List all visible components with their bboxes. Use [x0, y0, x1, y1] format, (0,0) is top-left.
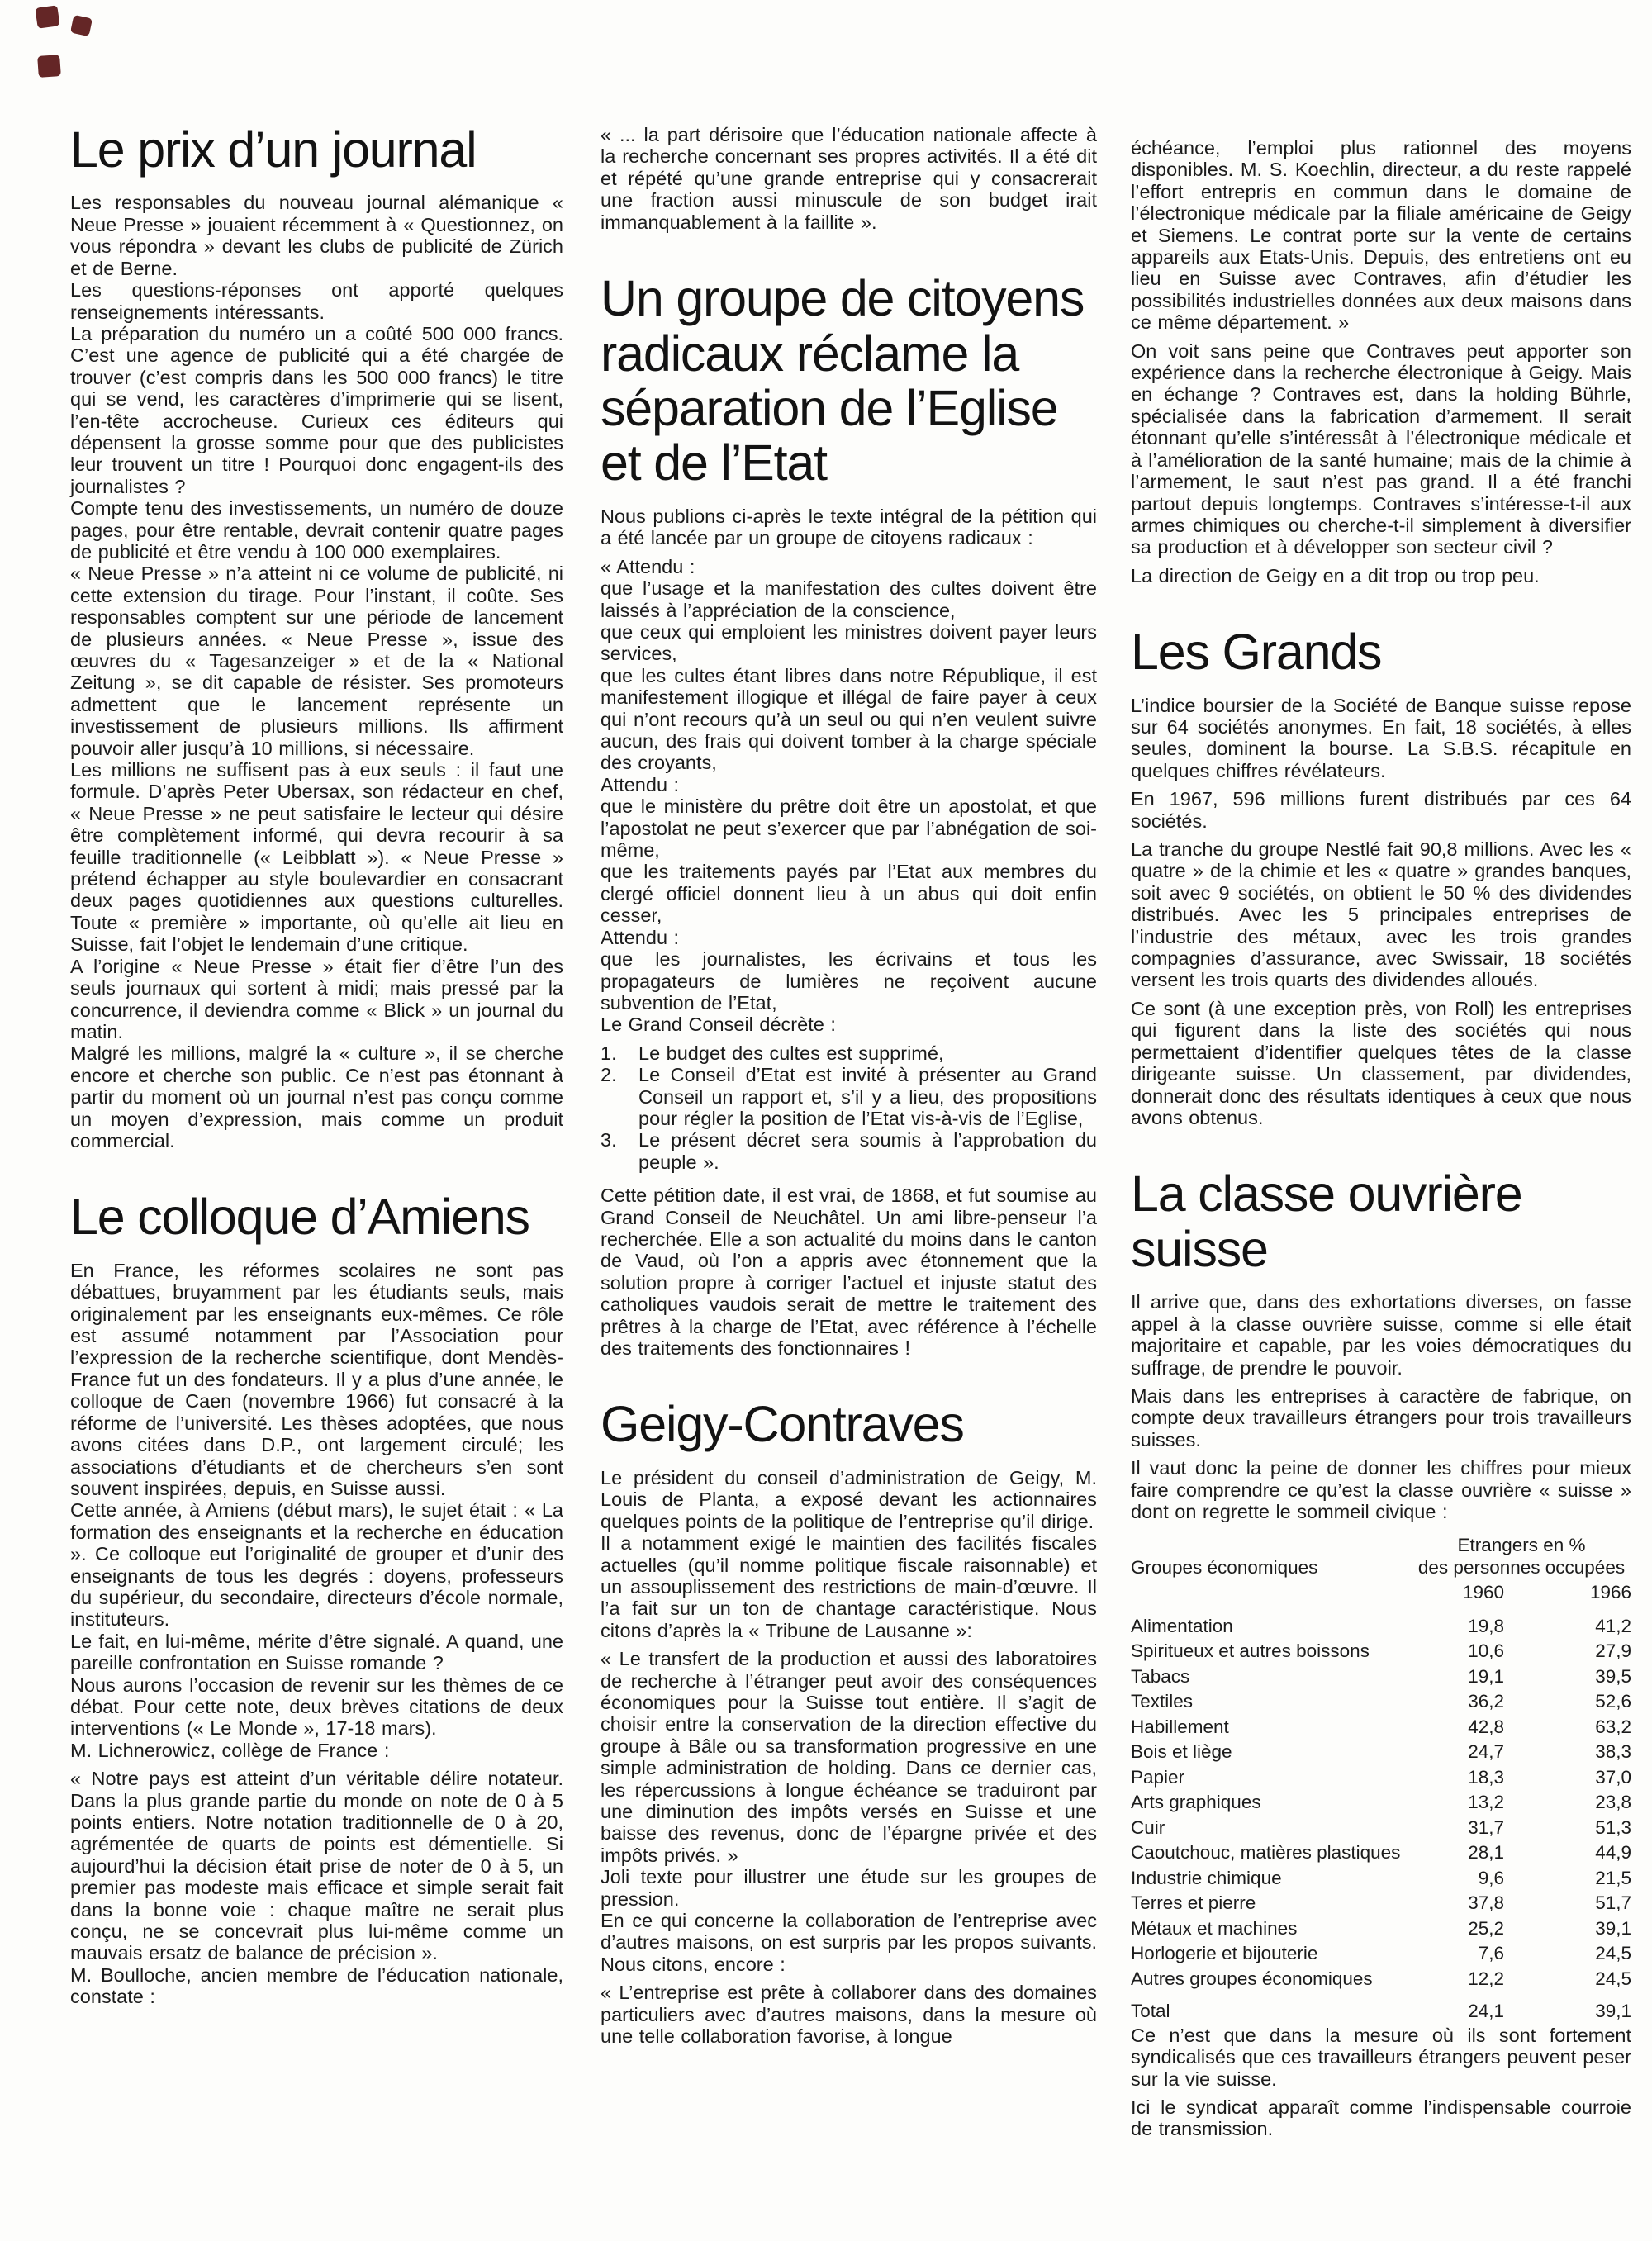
column-center: « ... la part dérisoire que l’éducation …	[601, 124, 1097, 2047]
table-row: Autres groupes économiques12,224,5	[1131, 1967, 1631, 1992]
row-label: Textiles	[1131, 1689, 1425, 1715]
list-item-text: Le présent décret sera soumis à l’approb…	[638, 1129, 1097, 1173]
ink-smudge-mark	[37, 55, 61, 78]
row-value-1966: 41,2	[1504, 1614, 1631, 1640]
table-row: Arts graphiques13,223,8	[1131, 1790, 1631, 1816]
paragraph: L’indice boursier de la Société de Banqu…	[1131, 695, 1631, 782]
paragraph: Le président du conseil d’administration…	[601, 1467, 1097, 1532]
list-item: 2. Le Conseil d’Etat est invité à présen…	[601, 1064, 1097, 1129]
row-label: Total	[1131, 1999, 1425, 2025]
paragraph: Cette pétition date, il est vrai, de 186…	[601, 1185, 1097, 1359]
column-right: échéance, l’emploi plus rationnel des mo…	[1131, 137, 1631, 2140]
row-value-1966: 44,9	[1504, 1840, 1631, 1866]
row-value-1960: 12,2	[1425, 1967, 1504, 1992]
paragraph: « Notre pays est atteint d’un véritable …	[70, 1768, 563, 1964]
row-value-1966: 52,6	[1504, 1689, 1631, 1715]
paragraph: Ce sont (à une exception près, von Roll)…	[1131, 998, 1631, 1128]
row-label: Métaux et machines	[1131, 1916, 1425, 1942]
table-row: Caoutchouc, matières plastiques28,144,9	[1131, 1840, 1631, 1866]
row-value-1960: 7,6	[1425, 1941, 1504, 1967]
row-value-1966: 39,1	[1504, 1999, 1631, 2025]
paragraph: Attendu :	[601, 774, 1097, 795]
paragraph: Compte tenu des investissements, un numé…	[70, 497, 563, 563]
row-label: Cuir	[1131, 1816, 1425, 1841]
table-year-row: 1960 1966	[1131, 1580, 1631, 1606]
paragraph: En ce qui concerne la collaboration de l…	[601, 1910, 1097, 1975]
row-value-1966: 24,5	[1504, 1941, 1631, 1967]
table-header: Groupes économiques Etrangers en % des p…	[1131, 1534, 1631, 1579]
paragraph: Attendu :	[601, 927, 1097, 948]
table-row: Tabacs19,139,5	[1131, 1664, 1631, 1690]
list-item-number: 3.	[601, 1129, 638, 1173]
headline-les-grands: Les Grands	[1131, 624, 1631, 679]
row-label: Papier	[1131, 1765, 1425, 1791]
paragraph: Les questions-réponses ont apporté quelq…	[70, 279, 563, 323]
row-value-1966: 24,5	[1504, 1967, 1631, 1992]
row-label: Bois et liège	[1131, 1740, 1425, 1765]
paragraph: Ici le syndicat apparaît comme l’indispe…	[1131, 2096, 1631, 2140]
paragraph: A l’origine « Neue Presse » était fier d…	[70, 956, 563, 1043]
list-item-text: Le budget des cultes est supprimé,	[638, 1042, 1097, 1064]
table-total-row: Total24,139,1	[1131, 1999, 1631, 2025]
headline-classe-ouvriere: La classe ouvrière suisse	[1131, 1166, 1631, 1276]
row-value-1966: 39,5	[1504, 1664, 1631, 1690]
paragraph: échéance, l’emploi plus rationnel des mo…	[1131, 137, 1631, 334]
paragraph: « Le transfert de la production et aussi…	[601, 1648, 1097, 1866]
paragraph: Nous publions ci-après le texte intégral…	[601, 506, 1097, 549]
table-header-label: Groupes économiques	[1131, 1556, 1412, 1579]
year-header-1960: 1960	[1425, 1580, 1504, 1606]
list-item-number: 2.	[601, 1064, 638, 1129]
table-row: Textiles36,252,6	[1131, 1689, 1631, 1715]
row-value-1960: 25,2	[1425, 1916, 1504, 1942]
row-value-1960: 10,6	[1425, 1639, 1504, 1664]
paragraph: Il vaut donc la peine de donner les chif…	[1131, 1457, 1631, 1522]
paragraph: En 1967, 596 millions furent distribués …	[1131, 788, 1631, 832]
row-value-1966: 21,5	[1504, 1866, 1631, 1892]
paragraph: que les traitements payés par l’Etat aux…	[601, 861, 1097, 926]
row-value-1960: 28,1	[1425, 1840, 1504, 1866]
row-value-1960: 24,1	[1425, 1999, 1504, 2025]
paragraph: En France, les réformes scolaires ne son…	[70, 1260, 563, 1499]
table-row: Alimentation19,841,2	[1131, 1614, 1631, 1640]
row-label: Tabacs	[1131, 1664, 1425, 1690]
table-body: Alimentation19,841,2 Spiritueux et autre…	[1131, 1614, 1631, 2025]
paragraph: Cette année, à Amiens (début mars), le s…	[70, 1499, 563, 1630]
headline-colloque-amiens: Le colloque d’Amiens	[70, 1189, 563, 1244]
row-value-1966: 51,3	[1504, 1816, 1631, 1841]
paragraph: que les journalistes, les écrivains et t…	[601, 948, 1097, 1014]
table-row: Métaux et machines25,239,1	[1131, 1916, 1631, 1942]
paragraph: « Attendu :	[601, 556, 1097, 577]
table-row: Bois et liège24,738,3	[1131, 1740, 1631, 1765]
table-row: Industrie chimique9,621,5	[1131, 1866, 1631, 1892]
paragraph: Le Grand Conseil décrète :	[601, 1014, 1097, 1035]
row-value-1966: 63,2	[1504, 1715, 1631, 1740]
paragraph: Mais dans les entreprises à caractère de…	[1131, 1385, 1631, 1450]
paragraph: La préparation du numéro un a coûté 500 …	[70, 323, 563, 497]
column-left: Le prix d’un journal Les responsables du…	[70, 122, 563, 2008]
paragraph: Malgré les millions, malgré la « culture…	[70, 1042, 563, 1151]
row-label: Habillement	[1131, 1715, 1425, 1740]
ink-smudge-mark	[35, 5, 59, 29]
row-label: Industrie chimique	[1131, 1866, 1425, 1892]
row-label: Alimentation	[1131, 1614, 1425, 1640]
list-item: 3. Le présent décret sera soumis à l’app…	[601, 1129, 1097, 1173]
row-value-1960: 36,2	[1425, 1689, 1504, 1715]
list-item: 1. Le budget des cultes est supprimé,	[601, 1042, 1097, 1064]
table-header-unit-line1: Etrangers en %	[1412, 1534, 1631, 1556]
paragraph: M. Lichnerowicz, collège de France :	[70, 1740, 563, 1761]
paragraph: M. Boulloche, ancien membre de l’éducati…	[70, 1964, 563, 2008]
paragraph: Il a notamment exigé le maintien des fac…	[601, 1532, 1097, 1641]
table-row: Habillement42,863,2	[1131, 1715, 1631, 1740]
paragraph: « Neue Presse » n’a atteint ni ce volume…	[70, 563, 563, 759]
headline-geigy-contraves: Geigy-Contraves	[601, 1397, 1097, 1451]
paragraph: que les cultes étant libres dans notre R…	[601, 665, 1097, 774]
row-value-1960: 31,7	[1425, 1816, 1504, 1841]
row-label: Terres et pierre	[1131, 1891, 1425, 1916]
ink-smudge-mark	[70, 15, 93, 36]
row-value-1966: 23,8	[1504, 1790, 1631, 1816]
paragraph: Les responsables du nouveau journal além…	[70, 192, 563, 279]
paragraph: Il arrive que, dans des exhortations div…	[1131, 1291, 1631, 1379]
paragraph: que l’usage et la manifestation des cult…	[601, 577, 1097, 621]
paragraph: La direction de Geigy en a dit trop ou t…	[1131, 565, 1631, 586]
paragraph: Joli texte pour illustrer une étude sur …	[601, 1866, 1097, 1910]
row-value-1960: 18,3	[1425, 1765, 1504, 1791]
row-value-1960: 19,8	[1425, 1614, 1504, 1640]
headline-citoyens-radicaux: Un groupe de citoyens radicaux réclame l…	[601, 271, 1097, 491]
paragraph: Nous aurons l’occasion de revenir sur le…	[70, 1674, 563, 1740]
row-value-1960: 19,1	[1425, 1664, 1504, 1690]
row-label: Spiritueux et autres boissons	[1131, 1639, 1425, 1664]
paragraph: Ce n’est que dans la mesure où ils sont …	[1131, 2025, 1631, 2090]
row-value-1960: 42,8	[1425, 1715, 1504, 1740]
row-value-1966: 51,7	[1504, 1891, 1631, 1916]
row-value-1960: 24,7	[1425, 1740, 1504, 1765]
row-label: Caoutchouc, matières plastiques	[1131, 1840, 1425, 1866]
row-label: Horlogerie et bijouterie	[1131, 1941, 1425, 1967]
year-header-1966: 1966	[1504, 1580, 1631, 1606]
headline-prix-journal: Le prix d’un journal	[70, 122, 563, 177]
statistics-table: Groupes économiques Etrangers en % des p…	[1131, 1534, 1631, 2025]
table-row: Horlogerie et bijouterie7,624,5	[1131, 1941, 1631, 1967]
paragraph: « L’entreprise est prête à collaborer da…	[601, 1982, 1097, 2047]
boulloche-quote: « ... la part dérisoire que l’éducation …	[601, 124, 1097, 233]
table-header-unit-line2: des personnes occupées	[1412, 1556, 1631, 1579]
row-value-1960: 9,6	[1425, 1866, 1504, 1892]
paragraph: que ceux qui emploient les ministres doi…	[601, 621, 1097, 665]
row-value-1960: 37,8	[1425, 1891, 1504, 1916]
row-value-1966: 38,3	[1504, 1740, 1631, 1765]
list-item-number: 1.	[601, 1042, 638, 1064]
paragraph: Le fait, en lui-même, mérite d’être sign…	[70, 1631, 563, 1674]
decree-list: 1. Le budget des cultes est supprimé, 2.…	[601, 1042, 1097, 1173]
paragraph: Les millions ne suffisent pas à eux seul…	[70, 759, 563, 956]
table-row: Spiritueux et autres boissons10,627,9	[1131, 1639, 1631, 1664]
newspaper-page: Le prix d’un journal Les responsables du…	[0, 0, 1652, 2241]
paragraph: que le ministère du prêtre doit être un …	[601, 795, 1097, 861]
row-value-1960: 13,2	[1425, 1790, 1504, 1816]
row-value-1966: 37,0	[1504, 1765, 1631, 1791]
table-row: Papier18,337,0	[1131, 1765, 1631, 1791]
row-value-1966: 39,1	[1504, 1916, 1631, 1942]
table-row: Cuir31,751,3	[1131, 1816, 1631, 1841]
row-label: Autres groupes économiques	[1131, 1967, 1425, 1992]
table-header-unit: Etrangers en % des personnes occupées	[1412, 1534, 1631, 1579]
table-row: Terres et pierre37,851,7	[1131, 1891, 1631, 1916]
list-item-text: Le Conseil d’Etat est invité à présenter…	[638, 1064, 1097, 1129]
row-value-1966: 27,9	[1504, 1639, 1631, 1664]
paragraph: On voit sans peine que Contraves peut ap…	[1131, 340, 1631, 558]
paragraph: La tranche du groupe Nestlé fait 90,8 mi…	[1131, 838, 1631, 991]
row-label: Arts graphiques	[1131, 1790, 1425, 1816]
